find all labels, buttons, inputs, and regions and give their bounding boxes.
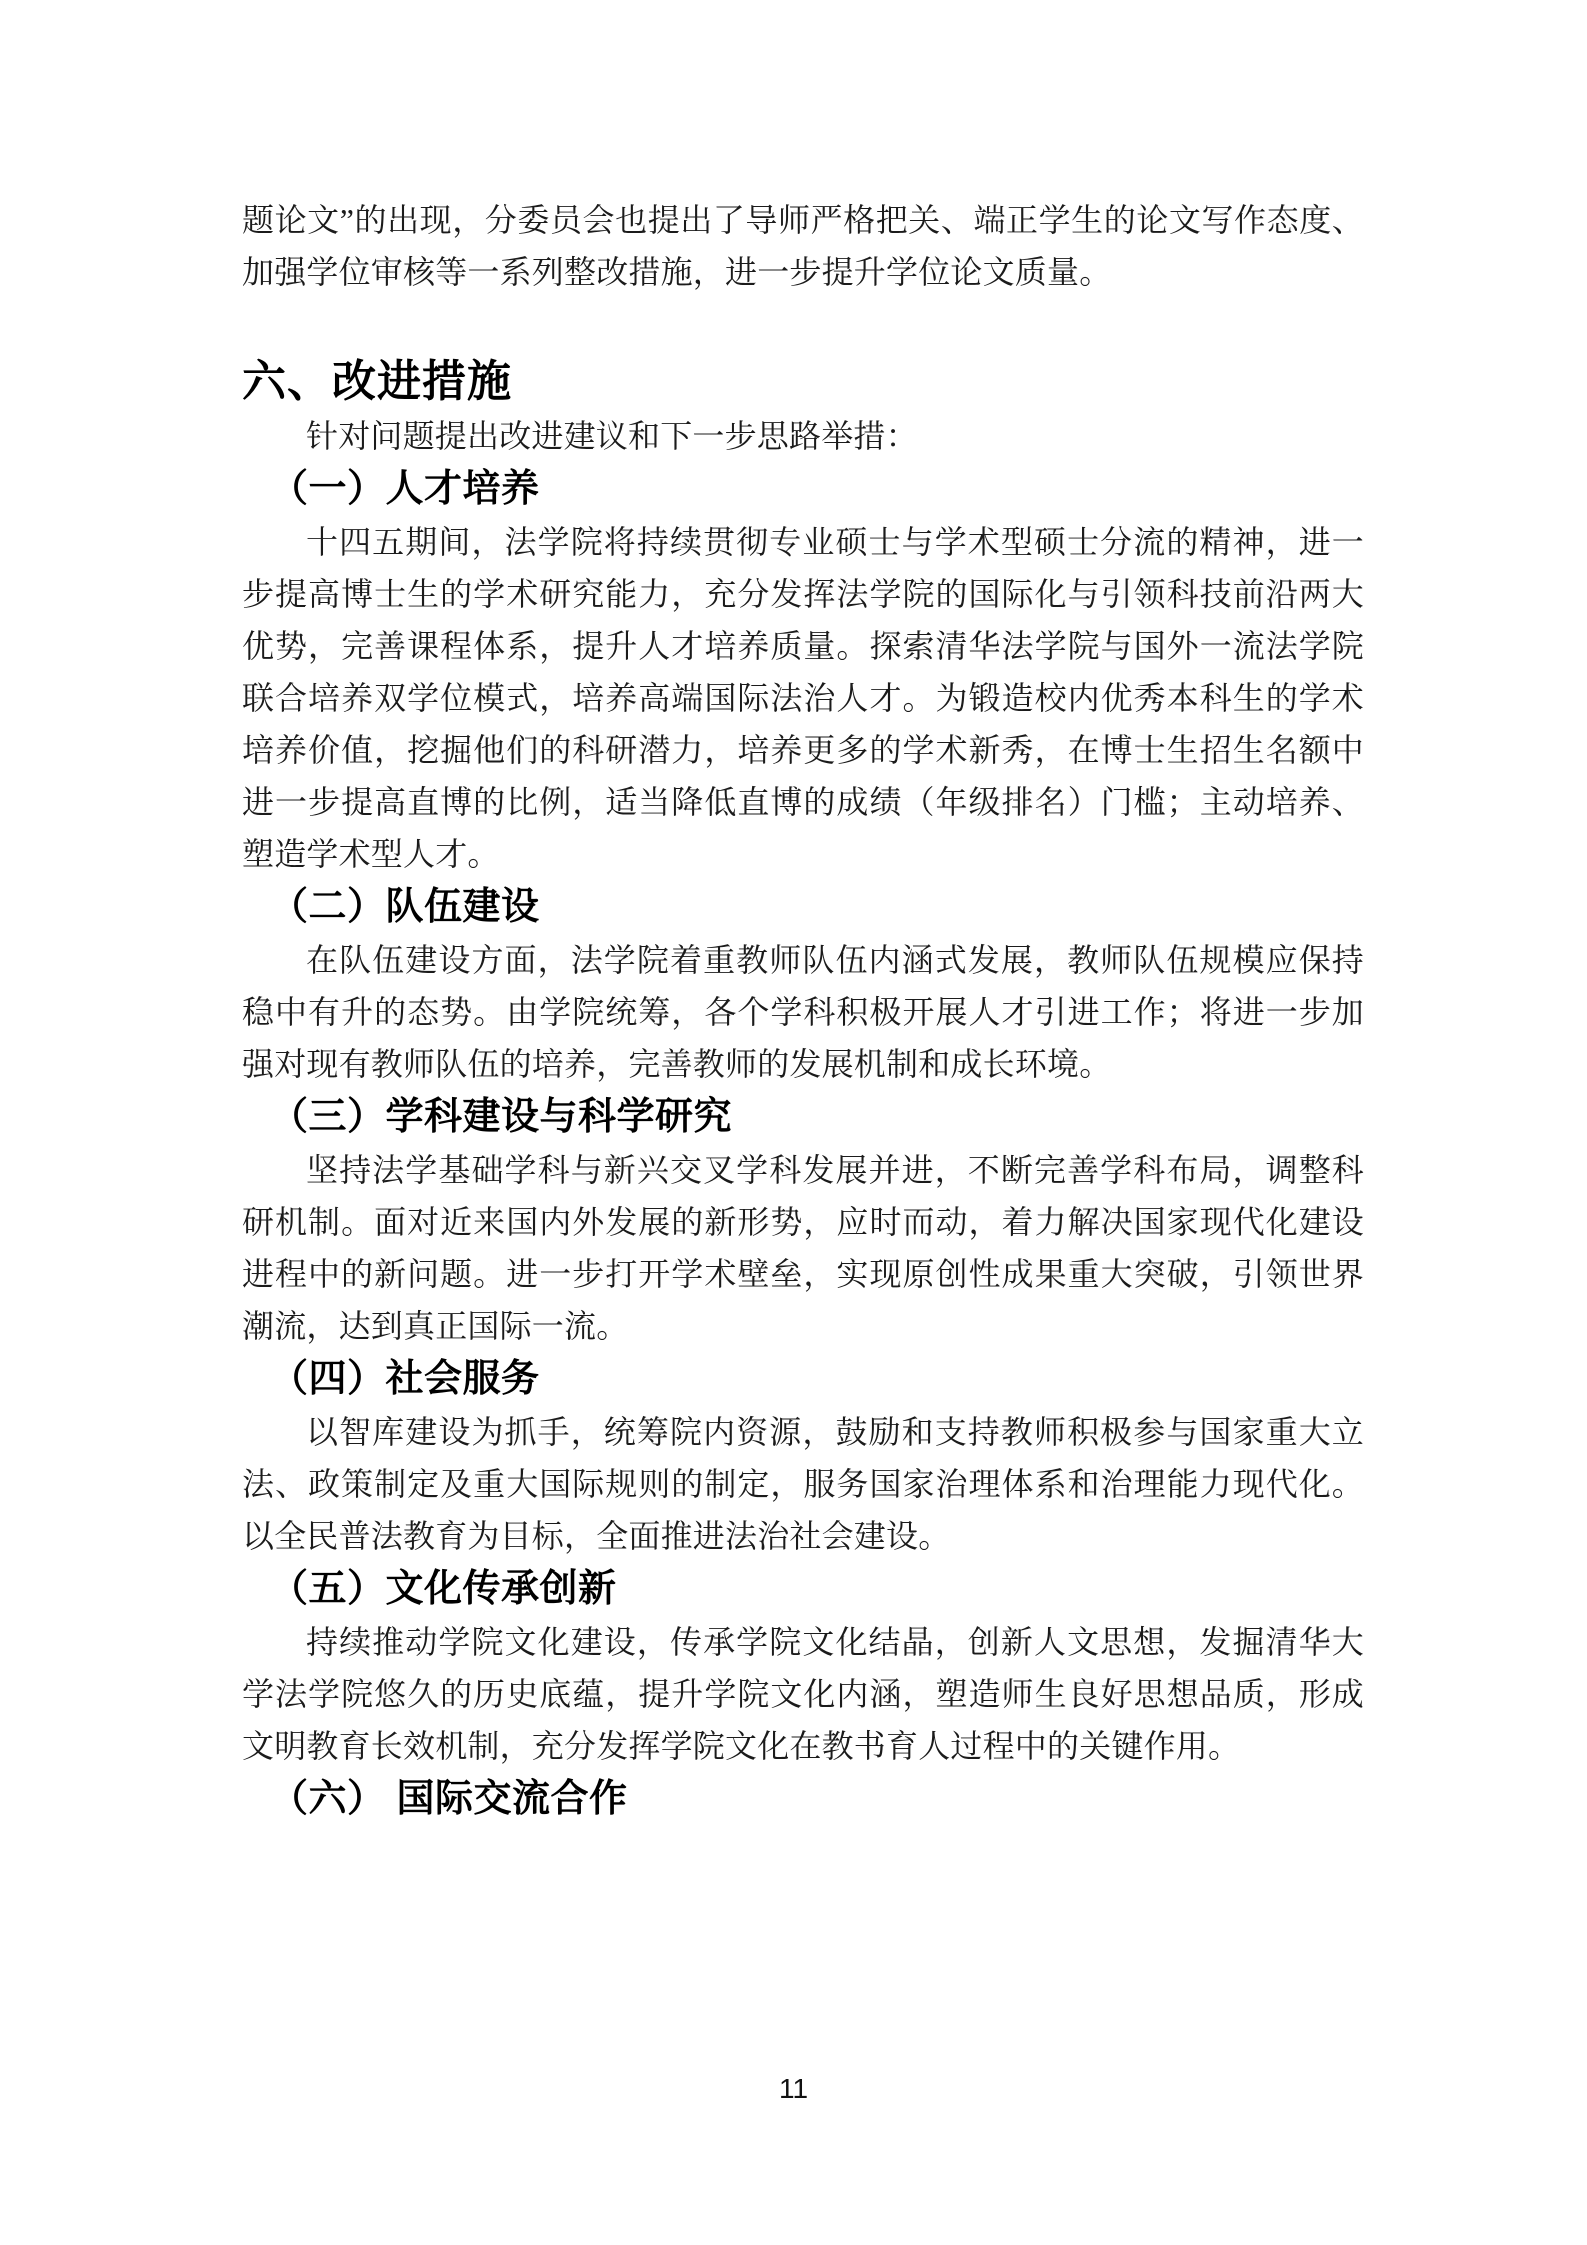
- subsection-6-heading: （六） 国际交流合作: [242, 1772, 1364, 1826]
- document-page: 题论文”的出现，分委员会也提出了导师严格把关、端正学生的论文写作态度、加强学位审…: [0, 0, 1587, 2245]
- subsection-5-heading: （五）文化传承创新: [242, 1562, 1364, 1616]
- subsection-2-paragraph: 在队伍建设方面，法学院着重教师队伍内涵式发展，教师队伍规模应保持稳中有升的态势。…: [242, 934, 1364, 1090]
- subsection-2-heading: （二）队伍建设: [242, 880, 1364, 934]
- section-heading: 六、改进措施: [242, 354, 1364, 410]
- subsection-5-paragraph: 持续推动学院文化建设，传承学院文化结晶，创新人文思想，发掘清华大学法学院悠久的历…: [242, 1616, 1364, 1772]
- document-content: 题论文”的出现，分委员会也提出了导师严格把关、端正学生的论文写作态度、加强学位审…: [242, 0, 1364, 1826]
- subsection-1-heading: （一）人才培养: [242, 462, 1364, 516]
- subsection-4-heading: （四）社会服务: [242, 1352, 1364, 1406]
- continuation-paragraph: 题论文”的出现，分委员会也提出了导师严格把关、端正学生的论文写作态度、加强学位审…: [242, 194, 1364, 298]
- intro-paragraph: 针对问题提出改进建议和下一步思路举措：: [242, 410, 1364, 462]
- subsection-1-paragraph: 十四五期间，法学院将持续贯彻专业硕士与学术型硕士分流的精神，进一步提高博士生的学…: [242, 516, 1364, 880]
- page-number: 11: [0, 2072, 1587, 2106]
- subsection-4-paragraph: 以智库建设为抓手，统筹院内资源，鼓励和支持教师积极参与国家重大立法、政策制定及重…: [242, 1406, 1364, 1562]
- subsection-3-heading: （三）学科建设与科学研究: [242, 1090, 1364, 1144]
- subsection-3-paragraph: 坚持法学基础学科与新兴交叉学科发展并进，不断完善学科布局，调整科研机制。面对近来…: [242, 1144, 1364, 1352]
